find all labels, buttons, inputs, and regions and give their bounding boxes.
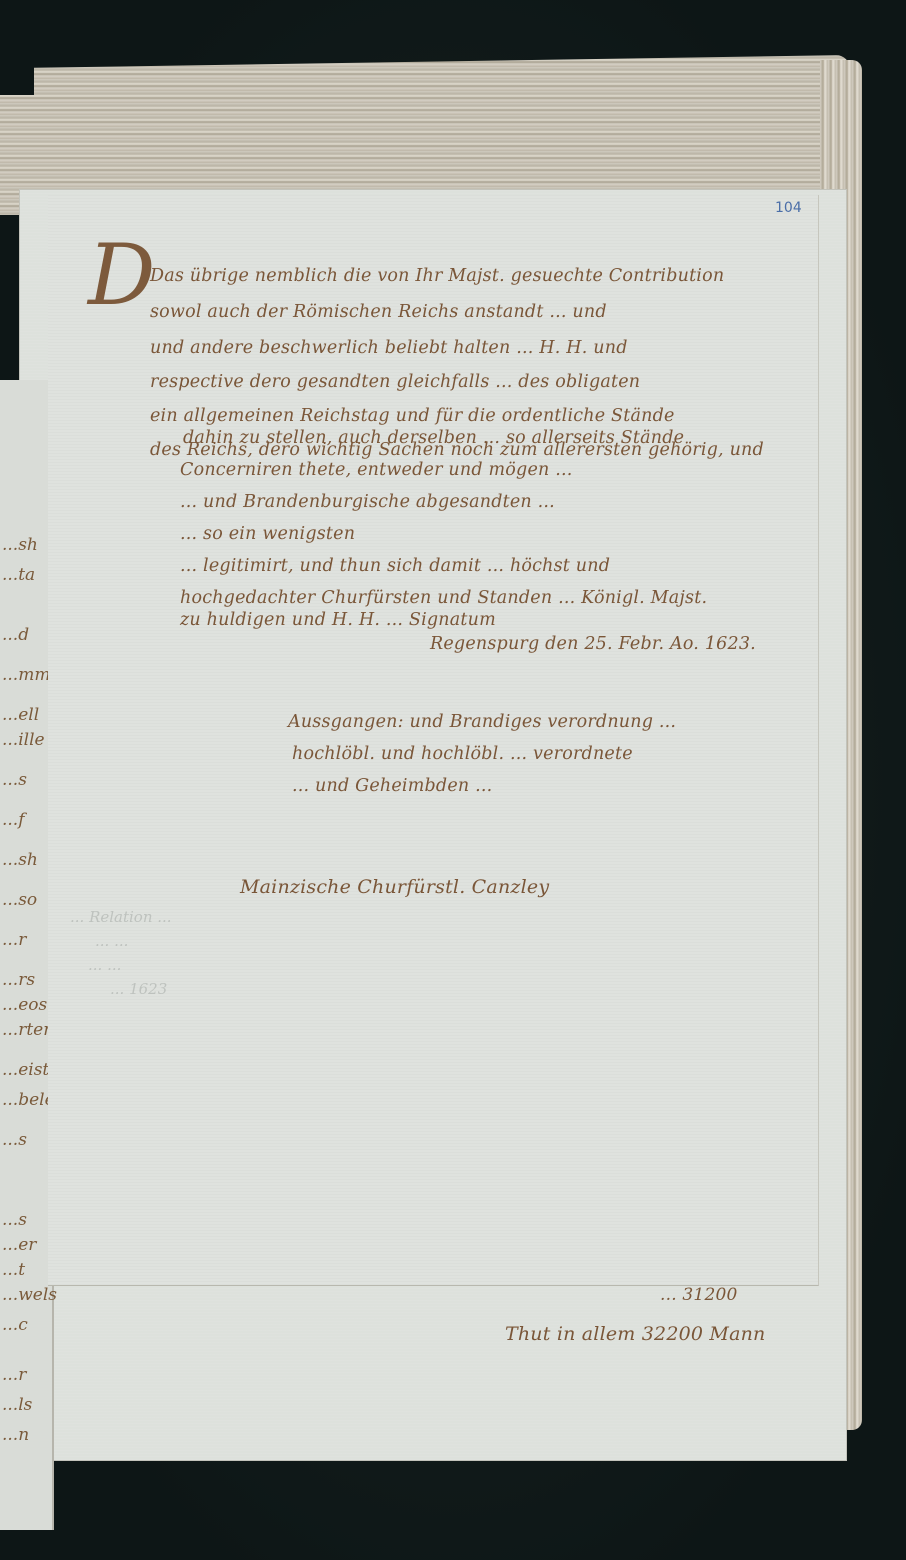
main-text-line: Concerniren thete, entweder und mögen ..…	[180, 460, 573, 480]
left-facing-page: ...sh ...ta ...d ...mmd ...ell ...ille .…	[0, 380, 54, 1530]
left-fragment: ...sh	[2, 850, 38, 870]
left-fragment: ...n	[2, 1425, 29, 1445]
left-fragment: ...rs	[2, 970, 35, 990]
manuscript-sheet	[48, 195, 819, 1286]
main-text-line: dahin zu stellen, auch derselben ... so …	[183, 428, 684, 448]
left-fragment: ...ls	[2, 1395, 32, 1415]
total-line: Thut in allem 32200 Mann	[505, 1323, 766, 1345]
left-fragment: ...eist	[2, 1060, 49, 1080]
left-fragment: ...sh	[2, 535, 38, 555]
left-fragment: ...rter	[2, 1020, 51, 1040]
main-text-line: ... so ein wenigsten	[180, 524, 355, 544]
second-block-line: ... und Geheimbden ...	[292, 776, 492, 796]
left-fragment: ...f	[2, 810, 25, 830]
left-fragment: ...r	[2, 930, 26, 950]
left-fragment: ...r	[2, 1365, 26, 1385]
main-text-line: ein allgemeinen Reichstag und für die or…	[150, 406, 675, 426]
bleed-through-text: ... 1623	[110, 980, 167, 998]
left-fragment: ...ell	[2, 705, 39, 725]
main-text-line: ... legitimirt, und thun sich damit ... …	[180, 556, 610, 576]
left-fragment: ...bele	[2, 1090, 55, 1110]
bleed-through-text: ... ...	[88, 956, 121, 974]
main-text-line: sowol auch der Römischen Reichs anstandt…	[150, 302, 607, 322]
bleed-through-text: ... Relation ...	[70, 908, 172, 926]
main-text-line: und andere beschwerlich beliebt halten .…	[150, 338, 628, 358]
left-fragment: ...er	[2, 1235, 36, 1255]
left-fragment: ...s	[2, 770, 27, 790]
left-fragment: ...d	[2, 625, 29, 645]
main-text-line: hochgedachter Churfürsten und Standen ..…	[180, 588, 707, 608]
second-block-line: hochlöbl. und hochlöbl. ... verordnete	[292, 744, 633, 764]
chancery-signature: Mainzische Churfürstl. Canzley	[240, 876, 549, 898]
left-fragment: ...s	[2, 1210, 27, 1230]
left-fragment: ...so	[2, 890, 37, 910]
left-fragment: ...s	[2, 1130, 27, 1150]
left-fragment: ...t	[2, 1260, 25, 1280]
main-text-line: respective dero gesandten gleichfalls ..…	[150, 372, 640, 392]
main-text-line: Das übrige nemblich die von Ihr Majst. g…	[150, 266, 724, 286]
left-fragment: ...ille	[2, 730, 45, 750]
date-line: Regenspurg den 25. Febr. Ao. 1623.	[430, 634, 756, 654]
second-block-line: Aussgangen: und Brandiges verordnung ...	[288, 712, 676, 732]
main-text-line: zu huldigen und H. H. ... Signatum	[180, 610, 496, 630]
bleed-through-text: ... ...	[95, 932, 128, 950]
folio-number: 104	[775, 200, 802, 216]
left-fragment: ...wels	[2, 1285, 57, 1305]
decorative-initial: D	[88, 226, 155, 324]
partial-sum: ... 31200	[660, 1285, 738, 1305]
main-text-line: ... und Brandenburgische abgesandten ...	[180, 492, 555, 512]
left-fragment: ...ta	[2, 565, 35, 585]
left-fragment: ...c	[2, 1315, 28, 1335]
